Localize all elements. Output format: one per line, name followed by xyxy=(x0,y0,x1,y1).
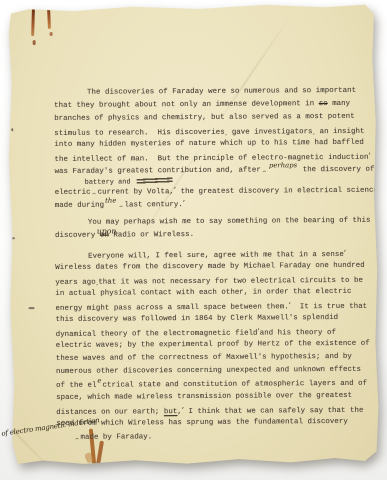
margin-dash xyxy=(29,307,35,309)
typed-text: these waves and of the correctness of Ma… xyxy=(56,353,352,363)
typed-text: the greatest discovery in electrical sci… xyxy=(176,187,378,196)
typed-text: electric waves; by the experimental proo… xyxy=(56,340,370,350)
rust-stain xyxy=(47,6,51,29)
typed-text: many xyxy=(328,100,350,108)
typed-text: It is true that xyxy=(291,303,367,312)
text-line: made duringthe^last century.ʹ xyxy=(55,196,377,211)
typed-text: The discoveries of Faraday were so numer… xyxy=(87,87,356,97)
rust-stain xyxy=(33,40,36,45)
typed-text: an insight xyxy=(315,128,364,136)
handwritten-annotation: ^ xyxy=(74,435,79,445)
typed-text: of the el xyxy=(56,382,96,390)
typed-text: electric xyxy=(55,189,91,197)
typed-text: made during xyxy=(55,202,104,210)
handwritten-annotation: ʹ xyxy=(344,249,346,258)
scanned-document: The discoveries of Faraday were so numer… xyxy=(0,0,387,480)
typed-text: energy might pass across a small space b… xyxy=(55,303,288,313)
rust-stain xyxy=(50,32,53,36)
handwritten-annotation: the xyxy=(105,197,116,205)
handwritten-annotation: ʹ xyxy=(368,152,370,161)
typed-text: space, which made wireless transmission … xyxy=(56,392,352,402)
typed-text: so xyxy=(319,100,328,108)
typed-text: was Faraday's greatest contribution and,… xyxy=(55,167,261,176)
handwritten-annotation: perhaps xyxy=(269,161,297,169)
typed-text: in actual physical contact with each oth… xyxy=(55,288,351,298)
typewritten-text: The discoveries of Faraday were so numer… xyxy=(54,85,379,450)
typed-text: You may perhaps wish me to say something… xyxy=(88,217,371,227)
text-line: ^made by Faraday. xyxy=(56,429,378,444)
typed-text: last century. xyxy=(124,201,182,209)
typed-text: Radio or Wireless. xyxy=(109,231,194,240)
typed-text: numerous other discoveries concerning un… xyxy=(56,366,361,376)
margin-speck xyxy=(11,128,13,131)
typed-text: distances on our earth; xyxy=(56,408,164,417)
typed-text: but xyxy=(164,408,178,416)
paragraph: The discoveries of Faraday were so numer… xyxy=(54,85,377,211)
typed-text: branches of physics and chemistry, but a… xyxy=(54,113,355,123)
typed-text: and his theory of xyxy=(260,329,336,338)
typed-text: made by Faraday. xyxy=(80,433,152,442)
handwritten-annotation: e xyxy=(97,377,101,385)
rust-stain xyxy=(31,9,35,36)
paper-wrap: The discoveries of Faraday were so numer… xyxy=(0,0,387,480)
typed-text: ctrical state and constitution of atmosp… xyxy=(102,380,367,390)
handwritten-correction: upon xyxy=(97,225,117,238)
margin-dash xyxy=(10,237,15,239)
typed-text: this discovery was followed in 1864 by C… xyxy=(56,314,339,324)
typed-text: discovery xyxy=(55,232,100,240)
typed-text: gave investigators xyxy=(227,128,312,137)
typed-text: I think that we can safely say that the xyxy=(184,407,363,416)
typed-text: the discovery of the xyxy=(298,166,387,175)
handwritten-annotation: ^ xyxy=(118,202,123,212)
paragraph: You may perhaps wish me to say something… xyxy=(55,215,377,243)
text-line: discovery onupon Radio or Wireless. xyxy=(55,228,377,243)
handwritten-annotation: ʹ xyxy=(183,199,185,208)
typed-text: into many hidden mysteries of nature whi… xyxy=(54,139,364,149)
typed-text: Wireless dates from the discovery made b… xyxy=(55,262,365,272)
typed-text: current by Volta, xyxy=(98,188,174,197)
typed-text: years ago xyxy=(55,279,95,287)
typed-text: stimulus to research. His discoveries xyxy=(54,129,224,138)
typed-text: onupon xyxy=(100,232,109,240)
typed-text: that they brought about not only an imme… xyxy=(54,100,319,110)
paragraph: Everyone will, I feel sure, agree with m… xyxy=(55,247,378,444)
typed-text: dynamical theory of the electromagnetic … xyxy=(56,330,258,339)
paper-sheet: The discoveries of Faraday were so numer… xyxy=(6,3,379,466)
